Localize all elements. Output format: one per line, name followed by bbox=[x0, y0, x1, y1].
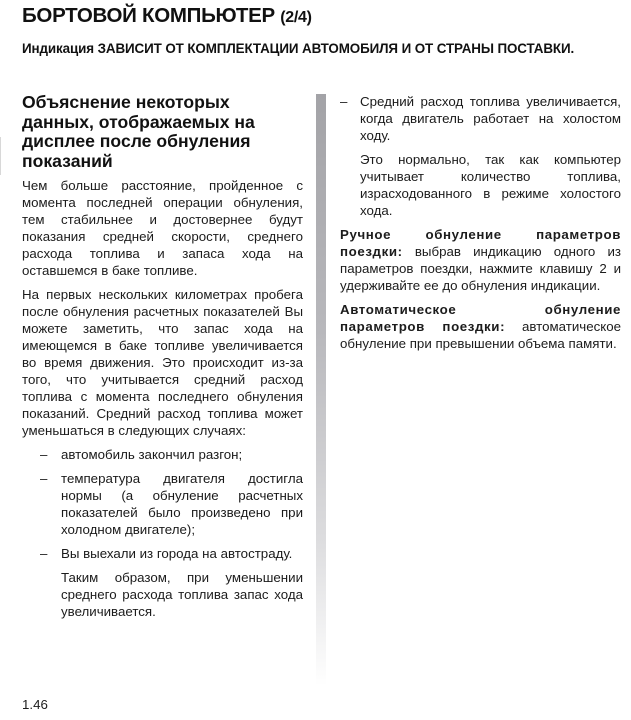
dash-bullet-icon: – bbox=[340, 93, 347, 110]
page-subtitle: Индикация ЗАВИСИТ ОТ КОМПЛЕКТАЦИИ АВТОМО… bbox=[22, 41, 574, 56]
bullet-list: –Средний расход топлива увеличивается, к… bbox=[340, 93, 621, 144]
dash-bullet-icon: – bbox=[40, 470, 47, 487]
section-heading: Объяснение некоторых данных, отображаемы… bbox=[22, 93, 303, 171]
note-paragraph: Это нормально, так как компьютер учитыва… bbox=[340, 151, 621, 219]
right-column: –Средний расход топлива увеличивается, к… bbox=[340, 93, 621, 359]
conclusion-paragraph: Таким образом, при уменьшении среднего р… bbox=[22, 569, 303, 620]
auto-reset-paragraph: Автоматическое обнуление параметров поез… bbox=[340, 301, 621, 352]
page-number: 1.46 bbox=[22, 697, 48, 712]
list-item: –температура двигателя достигла нормы (а… bbox=[22, 470, 303, 538]
paragraph: Чем больше расстояние, пройденное с моме… bbox=[22, 177, 303, 279]
page-title-text: БОРТОВОЙ КОМПЬЮТЕР bbox=[22, 4, 275, 27]
list-item: –Вы выехали из города на автостраду. bbox=[22, 545, 303, 562]
list-item: –Средний расход топлива увеличивается, к… bbox=[340, 93, 621, 144]
list-item: –автомобиль закончил разгон; bbox=[22, 446, 303, 463]
manual-reset-paragraph: Ручное обнуление параметров поездки: выб… bbox=[340, 226, 621, 294]
bullet-list: –автомобиль закончил разгон; –температур… bbox=[22, 446, 303, 562]
dash-bullet-icon: – bbox=[40, 545, 47, 562]
dash-bullet-icon: – bbox=[40, 446, 47, 463]
column-divider bbox=[316, 94, 326, 686]
left-column: Объяснение некоторых данных, отображаемы… bbox=[22, 93, 303, 627]
paragraph: На первых нескольких километрах пробега … bbox=[22, 286, 303, 439]
page-title-part: (2/4) bbox=[280, 9, 311, 26]
margin-mark bbox=[0, 137, 1, 175]
page-title: БОРТОВОЙ КОМПЬЮТЕР (2/4) bbox=[22, 4, 312, 28]
